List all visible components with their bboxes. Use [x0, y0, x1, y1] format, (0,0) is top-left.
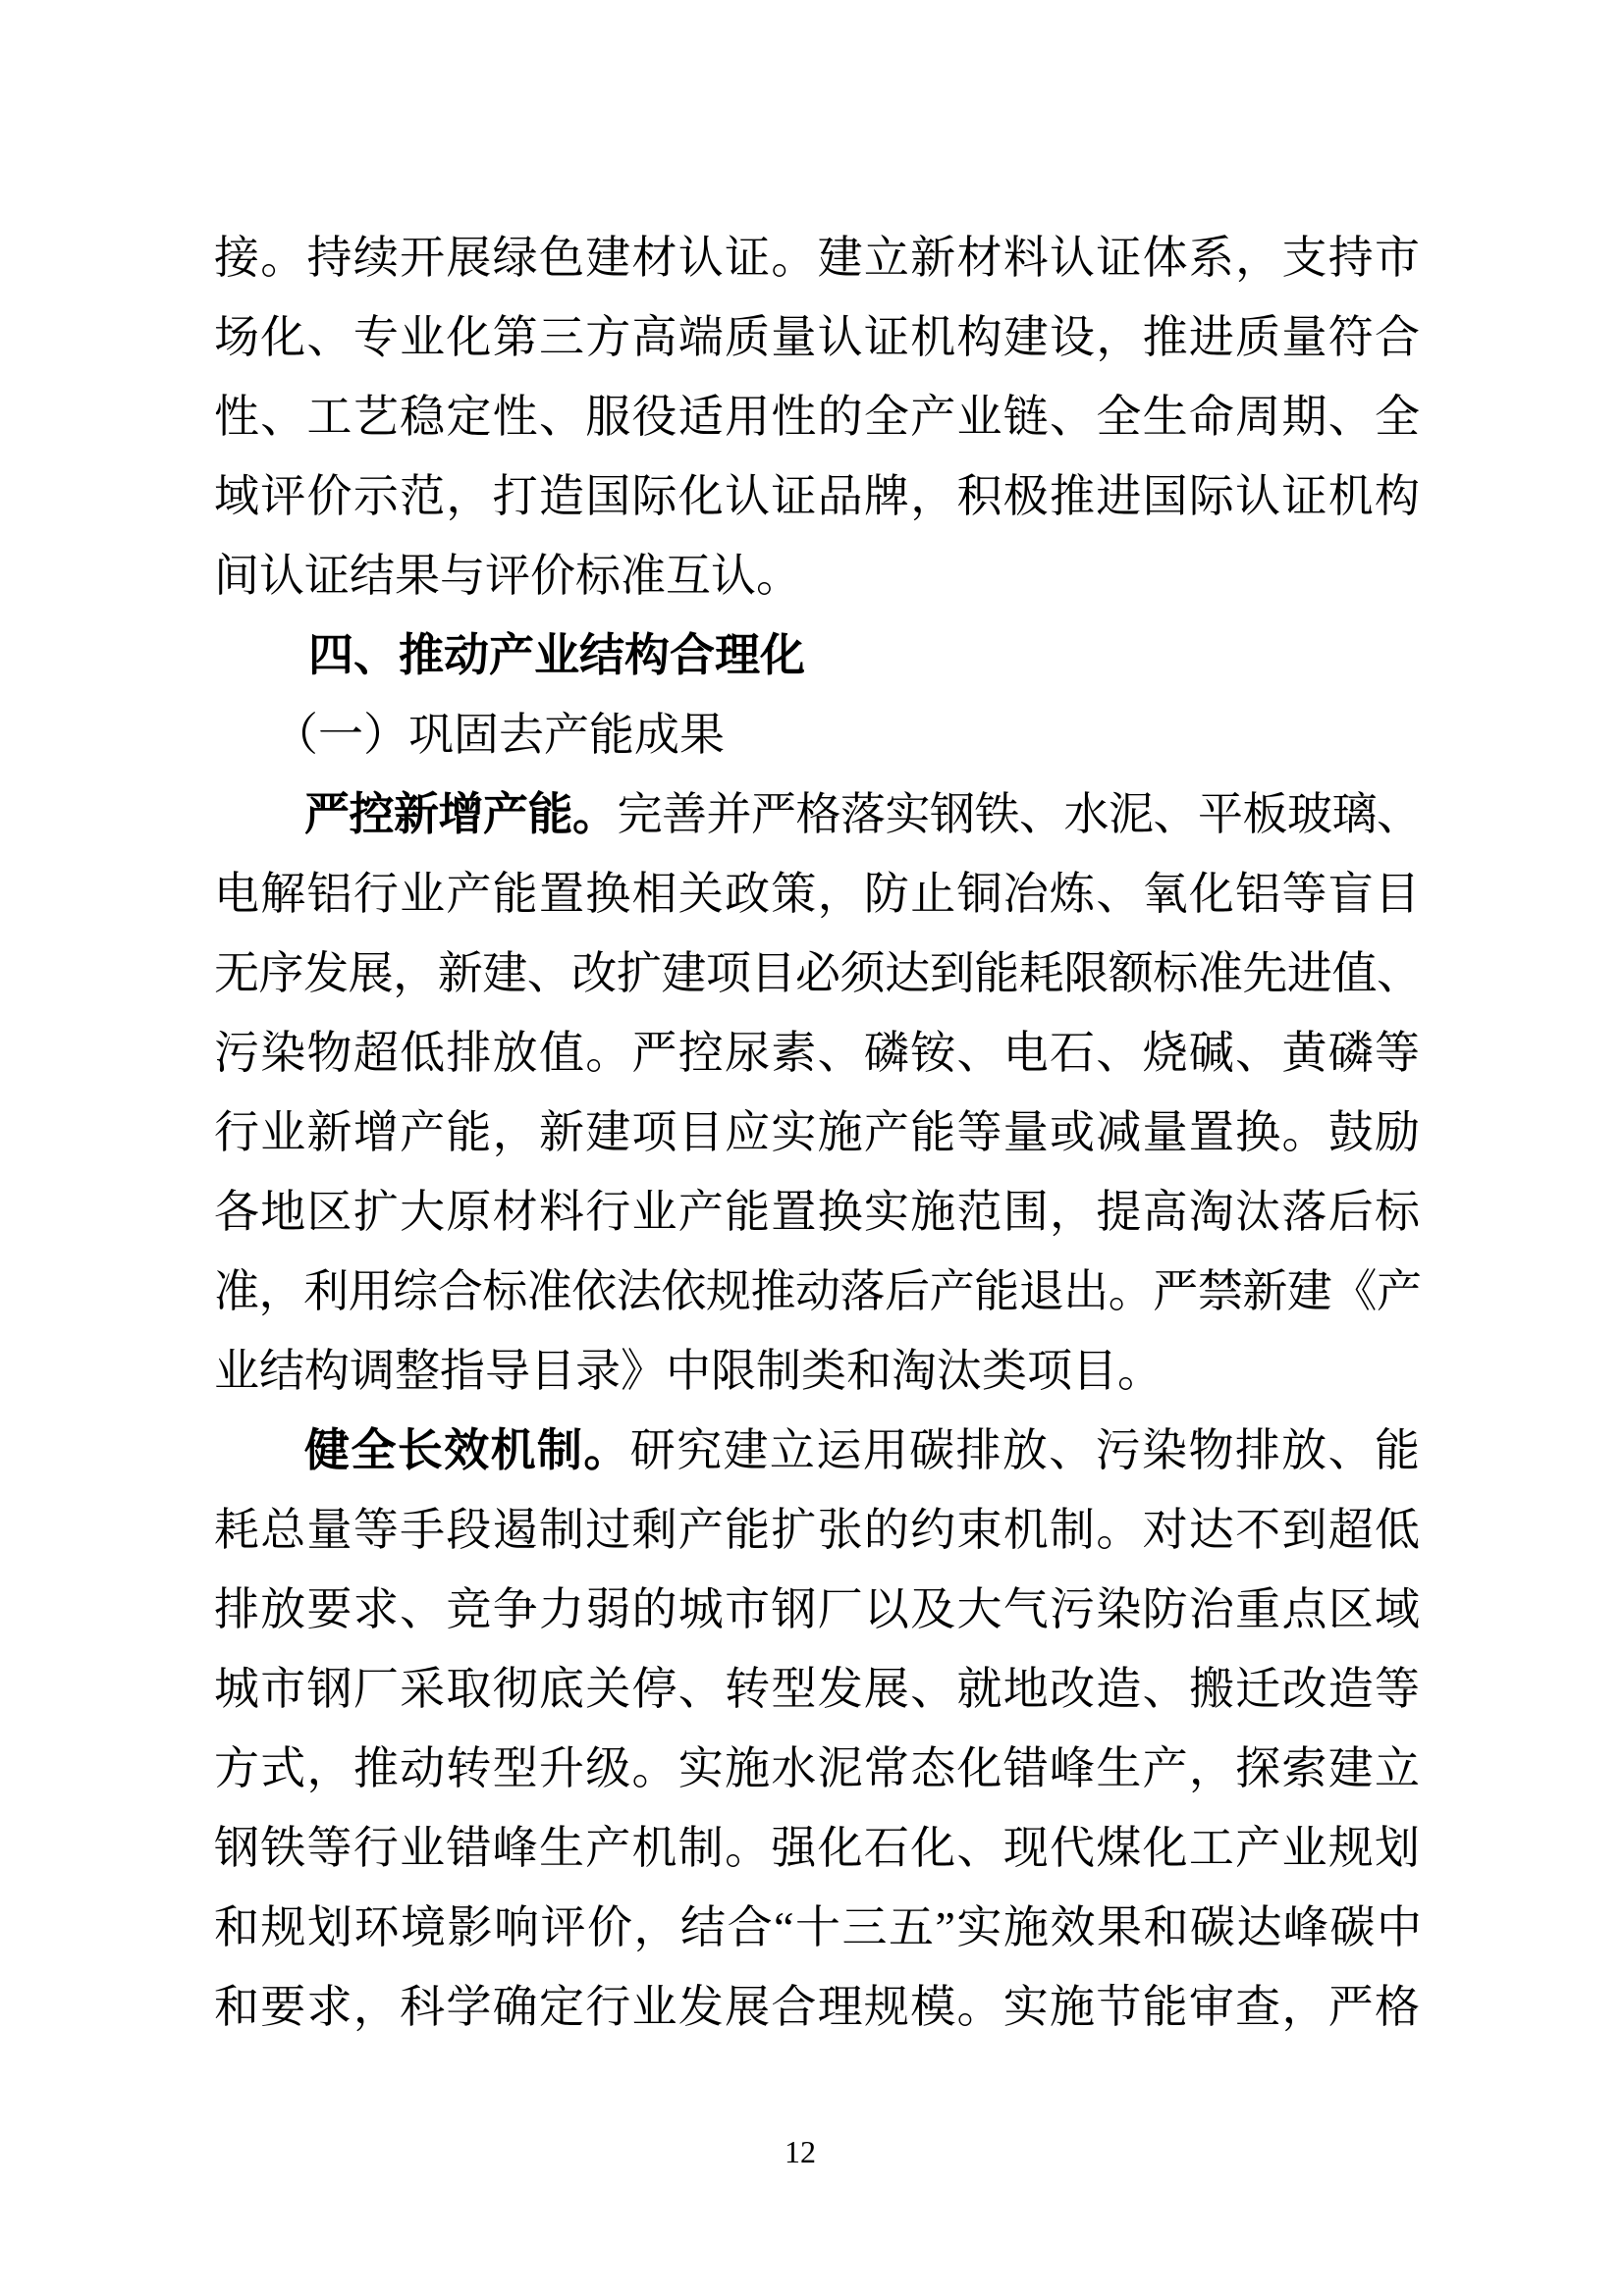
- body-line: 域评价示范，打造国际化认证品牌，积极推进国际认证机构: [214, 456, 1420, 536]
- section-heading: 四、推动产业结构合理化: [214, 615, 1420, 695]
- subsection-heading: （一）巩固去产能成果: [214, 695, 1420, 774]
- body-line: 行业新增产能，新建项目应实施产能等量或减量置换。鼓励: [214, 1093, 1420, 1172]
- body-line: 方式，推动转型升级。实施水泥常态化错峰生产，探索建立: [214, 1729, 1420, 1808]
- body-line: 电解铝行业产能置换相关政策，防止铜冶炼、氧化铝等盲目: [214, 854, 1420, 934]
- body-line: 污染物超低排放值。严控尿素、磷铵、电石、烧碱、黄磷等: [214, 1013, 1420, 1093]
- page-number: 12: [0, 2132, 1600, 2171]
- body-line: 和要求，科学确定行业发展合理规模。实施节能审查，严格: [214, 1967, 1420, 2047]
- body-line-text: 完善并严格落实钢铁、水泥、平板玻璃、: [618, 789, 1421, 839]
- body-line: 严控新增产能。完善并严格落实钢铁、水泥、平板玻璃、: [214, 774, 1420, 854]
- body-line: 排放要求、竞争力弱的城市钢厂以及大气污染防治重点区域: [214, 1570, 1420, 1649]
- body-line: 业结构调整指导目录》中限制类和淘汰类项目。: [214, 1331, 1420, 1411]
- document-body: 接。持续开展绿色建材认证。建立新材料认证体系，支持市 场化、专业化第三方高端质量…: [214, 218, 1420, 2047]
- body-line: 钢铁等行业错峰生产机制。强化石化、现代煤化工产业规划: [214, 1808, 1420, 1888]
- body-line: 性、工艺稳定性、服役适用性的全产业链、全生命周期、全: [214, 377, 1420, 456]
- body-line: 耗总量等手段遏制过剩产能扩张的约束机制。对达不到超低: [214, 1490, 1420, 1570]
- paragraph-lead: 严控新增产能。: [304, 789, 618, 839]
- paragraph-long-term-mechanism: 健全长效机制。研究建立运用碳排放、污染物排放、能 耗总量等手段遏制过剩产能扩张的…: [214, 1411, 1420, 2047]
- paragraph-lead: 健全长效机制。: [304, 1425, 630, 1475]
- paragraph-continuation: 接。持续开展绿色建材认证。建立新材料认证体系，支持市 场化、专业化第三方高端质量…: [214, 218, 1420, 615]
- document-page: 接。持续开展绿色建材认证。建立新材料认证体系，支持市 场化、专业化第三方高端质量…: [0, 0, 1624, 2296]
- body-line: 场化、专业化第三方高端质量认证机构建设，推进质量符合: [214, 297, 1420, 377]
- body-line: 间认证结果与评价标准互认。: [214, 536, 1420, 615]
- body-line: 无序发展，新建、改扩建项目必须达到能耗限额标准先进值、: [214, 934, 1420, 1013]
- body-line: 健全长效机制。研究建立运用碳排放、污染物排放、能: [214, 1411, 1420, 1490]
- body-line: 准，利用综合标准依法依规推动落后产能退出。严禁新建《产: [214, 1252, 1420, 1331]
- body-line: 和规划环境影响评价，结合“十三五”实施效果和碳达峰碳中: [214, 1888, 1420, 1967]
- body-line: 各地区扩大原材料行业产能置换实施范围，提高淘汰落后标: [214, 1172, 1420, 1252]
- body-line-text: 研究建立运用碳排放、污染物排放、能: [630, 1425, 1420, 1475]
- body-line: 城市钢厂采取彻底关停、转型发展、就地改造、搬迁改造等: [214, 1649, 1420, 1729]
- body-line: 接。持续开展绿色建材认证。建立新材料认证体系，支持市: [214, 218, 1420, 297]
- paragraph-strict-capacity-control: 严控新增产能。完善并严格落实钢铁、水泥、平板玻璃、 电解铝行业产能置换相关政策，…: [214, 774, 1420, 1411]
